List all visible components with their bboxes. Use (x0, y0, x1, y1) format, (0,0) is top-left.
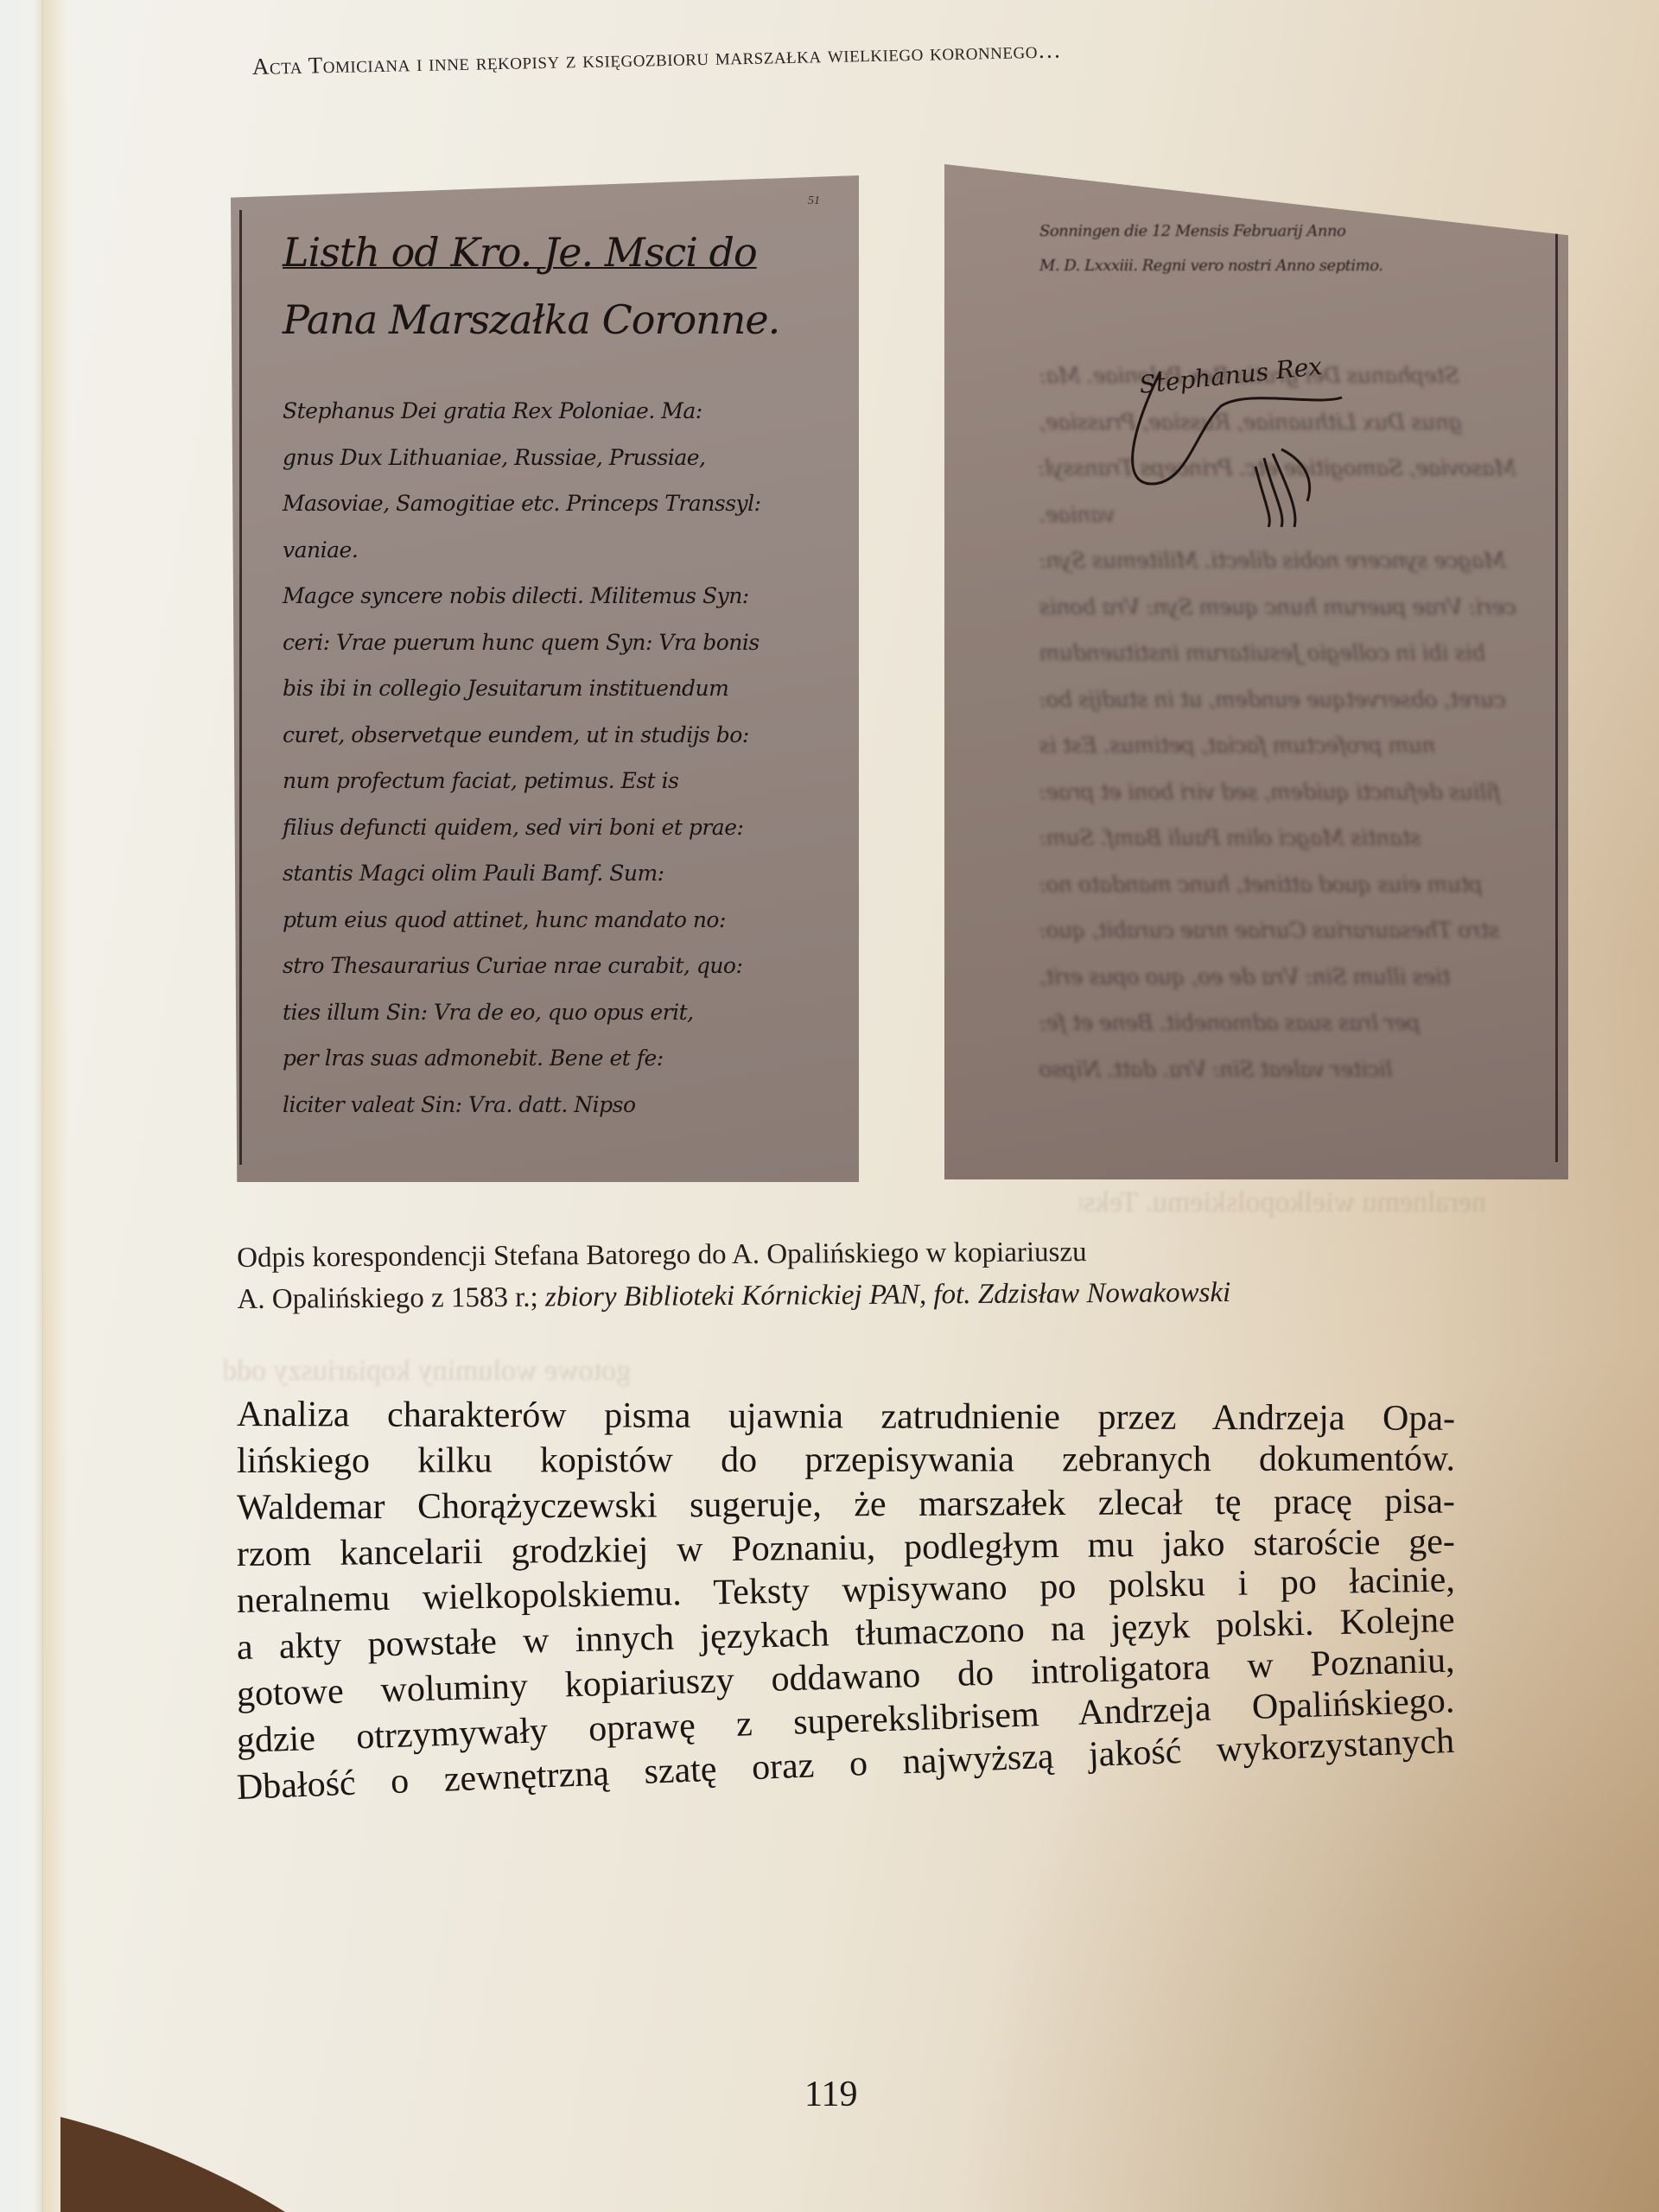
manuscript-title-line: Listh od Kro. Je. Msci do (283, 219, 824, 286)
signature-flourish-icon (1100, 354, 1359, 527)
manuscript-text: Sonningen die 12 Mensis Februarij Anno M… (1039, 214, 1516, 1092)
manuscript-line: num profectum faciat, petimus. Est is (283, 758, 824, 804)
manuscript-line: curet, observetque eundem, ut in studijs… (283, 712, 824, 759)
manuscript-line: ties illum Sin: Vra de eo, quo opus erit… (283, 989, 824, 1036)
manuscript-date-line: Sonningen die 12 Mensis Februarij Anno (1039, 214, 1516, 249)
bleed-through-text: neralnemu wielkopolskiemu. Teksty wpisyw… (1080, 1179, 1486, 1231)
caption-credit: zbiory Biblioteki Kórnickiej PAN, fot. Z… (545, 1277, 1230, 1313)
show-through-line: stantis Magci olim Pauli Bamf. Sum: (1039, 815, 1516, 861)
body-line: lińskiego kilku kopistów do przepisywani… (237, 1436, 1455, 1484)
show-through-line: ties illum Sin: Vra de eo, quo opus erit… (1039, 954, 1516, 1001)
manuscript-image-recto: 51 Listh od Kro. Je. Msci do Pana Marsza… (231, 175, 859, 1182)
manuscript-line: Magce syncere nobis dilecti. Militemus S… (283, 573, 824, 620)
show-through-line: stro Thesaurarius Curiae nrae curabit, q… (1039, 907, 1516, 954)
gutter-shadow (43, 0, 69, 2212)
manuscript-line: Masoviae, Samogitiae etc. Princeps Trans… (283, 480, 824, 527)
show-through-line: filius defuncti quidem, sed viri boni et… (1039, 769, 1516, 816)
manuscript-line: vaniae. (283, 527, 824, 574)
body-line: Analiza charakterów pisma ujawnia zatrud… (237, 1391, 1455, 1442)
page-number: 119 (804, 2074, 857, 2115)
folio-number: 51 (808, 194, 820, 208)
manuscript-text: Listh od Kro. Je. Msci do Pana Marszałka… (283, 219, 824, 1128)
previous-page-edge (0, 0, 43, 2212)
body-paragraph: Analiza charakterów pisma ujawnia zatrud… (237, 1391, 1455, 1811)
manuscript-line: filius defuncti quidem, sed viri boni et… (283, 804, 824, 851)
margin-line (239, 210, 242, 1165)
table-surface (60, 2117, 285, 2212)
manuscript-line: per lras suas admonebit. Bene et fe: (283, 1035, 824, 1082)
manuscript-line: ceri: Vrae puerum hunc quem Syn: Vra bon… (283, 620, 824, 666)
manuscript-line: Stephanus Dei gratia Rex Poloniae. Ma: (283, 388, 824, 435)
running-head: Acta Tomiciana i inne rękopisy z księgoz… (252, 29, 1402, 80)
caption-source: A. Opalińskiego z 1583 r.; (237, 1282, 545, 1315)
manuscript-line: gnus Dux Lithuaniae, Russiae, Prussiae, (283, 435, 824, 481)
show-through-line: bis ibi in collegio Jesuitarum instituen… (1039, 630, 1516, 677)
show-through-line: Magce syncere nobis dilecti. Militemus S… (1039, 537, 1516, 584)
manuscript-line: stro Thesaurarius Curiae nrae curabit, q… (283, 943, 824, 989)
margin-line (1555, 233, 1558, 1162)
manuscript-line: liciter valeat Sin: Vra. datt. Nipso (283, 1082, 824, 1128)
show-through-line: curet, observetque eundem, ut in studijs… (1039, 677, 1516, 723)
caption-line: A. Opalińskiego z 1583 r.; zbiory Biblio… (237, 1270, 1446, 1320)
manuscript-title-line: Pana Marszałka Coronne. (283, 286, 824, 353)
manuscript-line: ptum eius quod attinet, hunc mandato no: (283, 897, 824, 944)
manuscript-date-line: M. D. Lxxxiii. Regni vero nostri Anno se… (1039, 249, 1516, 283)
show-through-line: ptum eius quod attinet, hunc mandato no: (1039, 861, 1516, 908)
show-through-line: ceri: Vrae puerum hunc quem Syn: Vra bon… (1039, 584, 1516, 631)
show-through-line: liciter valeat Sin: Vra. datt. Nipso (1039, 1046, 1516, 1093)
manuscript-image-verso: Sonningen die 12 Mensis Februarij Anno M… (944, 164, 1568, 1179)
manuscript-line: stantis Magci olim Pauli Bamf. Sum: (283, 850, 824, 897)
show-through-line: per lras suas admonebit. Bene et fe: (1039, 1000, 1516, 1046)
show-through-line: num profectum faciat, petimus. Est is (1039, 722, 1516, 769)
figure-caption: Odpis korespondencji Stefana Batorego do… (237, 1229, 1447, 1320)
manuscript-line: bis ibi in collegio Jesuitarum instituen… (283, 665, 824, 712)
